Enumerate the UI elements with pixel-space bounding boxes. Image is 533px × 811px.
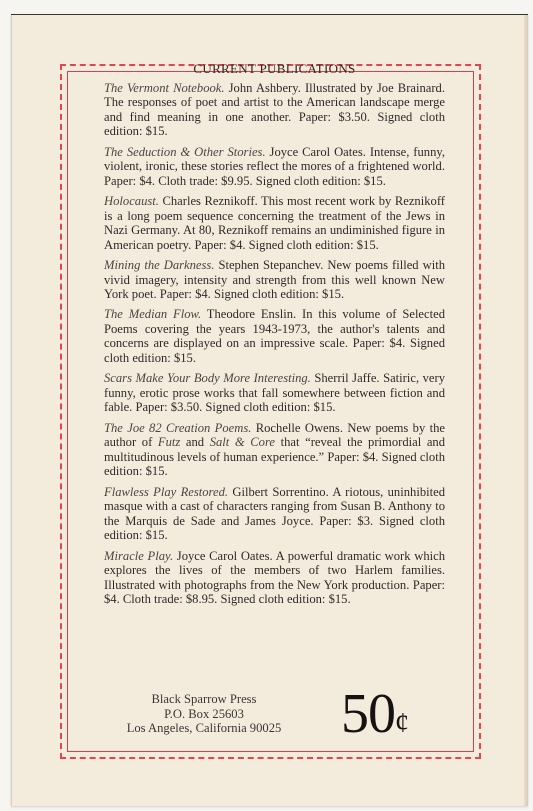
referenced-title: Salt & Core xyxy=(210,435,275,449)
book-title: The Vermont Notebook. xyxy=(104,81,225,95)
referenced-title: Futz xyxy=(158,435,180,449)
publication-entry: Mining the Darkness. Stephen Stepanchev.… xyxy=(104,258,445,302)
cover-price: 50¢ xyxy=(341,686,409,752)
price-amount: 50 xyxy=(341,683,395,745)
publication-entry: The Vermont Notebook. John Ashbery. Illu… xyxy=(104,81,445,139)
publisher-name: Black Sparrow Press xyxy=(104,692,304,707)
publication-entry: Scars Make Your Body More Interesting. S… xyxy=(104,371,445,415)
book-title: The Median Flow. xyxy=(104,307,201,321)
publisher-po-box: P.O. Box 25603 xyxy=(104,707,304,722)
publications-list: CURRENT PUBLICATIONS The Vermont Noteboo… xyxy=(104,62,445,613)
book-title: Mining the Darkness. xyxy=(104,258,214,272)
footer: Black Sparrow Press P.O. Box 25603 Los A… xyxy=(104,692,445,744)
publication-entry: The Median Flow. Theodore Enslin. In thi… xyxy=(104,307,445,365)
publication-entry: The Joe 82 Creation Poems. Rochelle Owen… xyxy=(104,421,445,479)
section-heading: CURRENT PUBLICATIONS xyxy=(104,62,445,77)
publication-entry: Flawless Play Restored. Gilbert Sorrenti… xyxy=(104,485,445,543)
book-title: Holocaust. xyxy=(104,194,159,208)
book-description: and xyxy=(180,435,209,449)
publication-entry: Holocaust. Charles Reznikoff. This most … xyxy=(104,194,445,252)
publication-entry: The Seduction & Other Stories. Joyce Car… xyxy=(104,145,445,189)
book-title: Scars Make Your Body More Interesting. xyxy=(104,371,311,385)
publisher-address: Black Sparrow Press P.O. Box 25603 Los A… xyxy=(104,692,304,736)
book-title: Miracle Play. xyxy=(104,549,173,563)
publisher-city: Los Angeles, California 90025 xyxy=(104,721,304,736)
publication-entry: Miracle Play. Joyce Carol Oates. A power… xyxy=(104,549,445,607)
book-title: The Seduction & Other Stories. xyxy=(104,145,266,159)
book-title: The Joe 82 Creation Poems. xyxy=(104,421,251,435)
book-title: Flawless Play Restored. xyxy=(104,485,228,499)
cent-sign: ¢ xyxy=(395,708,409,739)
